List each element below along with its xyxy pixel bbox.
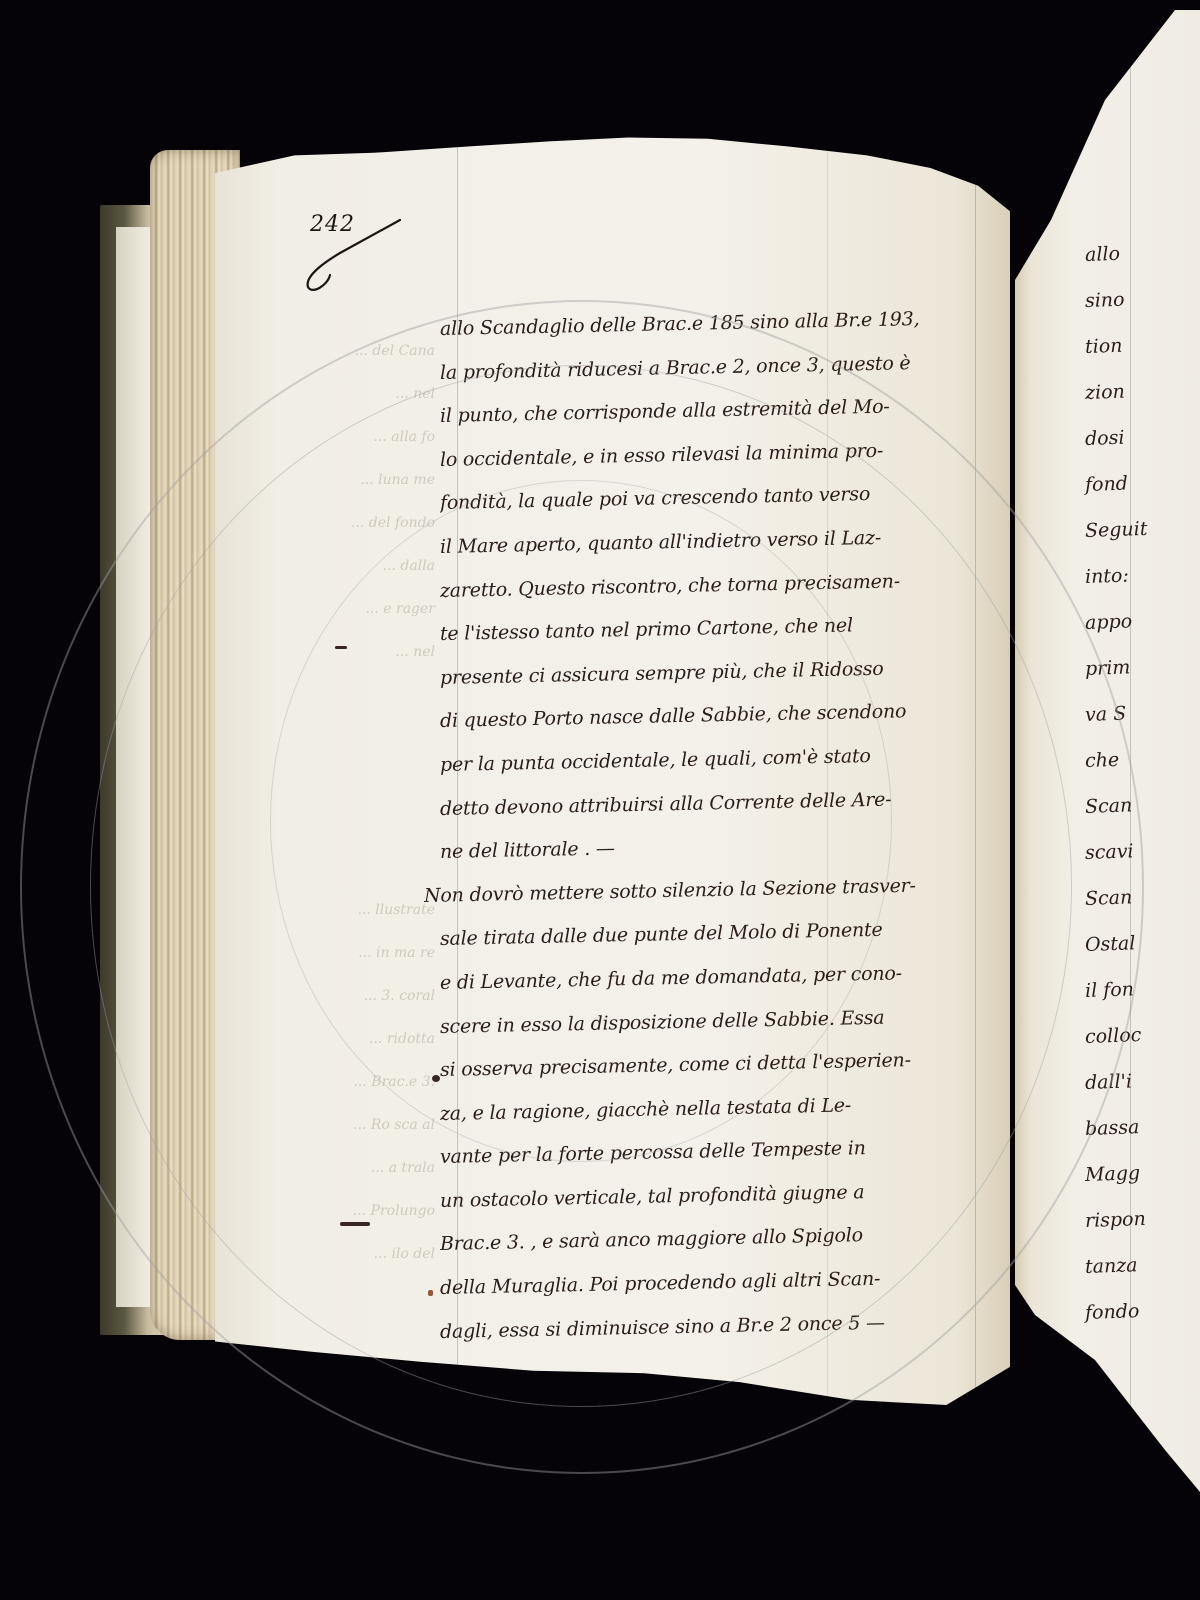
right-text-line: bassa [1084, 1102, 1200, 1152]
right-page-text: allo sino tion zion dosi fond Seguit int… [1085, 230, 1200, 1334]
bleed-line: ... llustrate [300, 889, 435, 932]
bleed-line [300, 803, 435, 846]
right-text-line: prim [1084, 642, 1200, 692]
bleed-line: ... nel [300, 631, 435, 674]
right-text-line: va S [1084, 688, 1200, 738]
bleed-line: ... Ro sca al [300, 1104, 435, 1147]
right-text-line: fond [1084, 458, 1200, 508]
ink-blot [432, 1075, 440, 1082]
right-text-line: il fon [1084, 964, 1200, 1014]
bleed-line: ... ridotta [300, 1018, 435, 1061]
bleed-line: ... Prolungo [300, 1190, 435, 1233]
right-text-line: tanza [1084, 1240, 1200, 1290]
bleed-line: ... del fondo [300, 502, 435, 545]
right-text-line: Seguit [1084, 504, 1200, 554]
right-text-line: dosi [1084, 412, 1200, 462]
right-text-line: into: [1084, 550, 1200, 600]
right-text-line: appo [1084, 596, 1200, 646]
right-text-line: scavi [1084, 826, 1200, 876]
bleed-through-text: ... del Cana ... nel ... alla fo ... lun… [300, 330, 435, 1276]
right-text-line: Magg [1084, 1148, 1200, 1198]
right-text-line: sino [1084, 274, 1200, 324]
right-text-line: Scan [1084, 780, 1200, 830]
bleed-line: ... Brac.e 3. [300, 1061, 435, 1104]
folio-flourish-icon [300, 215, 410, 295]
right-text-line: Scan [1084, 872, 1200, 922]
right-text-line: tion [1084, 320, 1200, 370]
right-text-line: colloc [1084, 1010, 1200, 1060]
right-text-line: che [1084, 734, 1200, 784]
handwritten-text-block: allo Scandaglio delle Brac.e 185 sino al… [440, 308, 985, 1354]
right-text-line: fondo [1084, 1286, 1200, 1336]
right-text-line: dall'i [1084, 1056, 1200, 1106]
manuscript-photo: ... del Cana ... nel ... alla fo ... lun… [0, 0, 1200, 1600]
ink-mark [340, 1222, 370, 1226]
right-text-line: rispon [1084, 1194, 1200, 1244]
bleed-line: ... ilo del [300, 1233, 435, 1276]
bleed-line [300, 846, 435, 889]
bleed-line [300, 717, 435, 760]
ink-mark [335, 646, 347, 649]
bleed-line [300, 674, 435, 717]
bleed-line: ... del Cana [300, 330, 435, 373]
right-text-line: zion [1084, 366, 1200, 416]
right-text-line: Ostal [1084, 918, 1200, 968]
bleed-line: ... luna me [300, 459, 435, 502]
bleed-line: ... in ma re [300, 932, 435, 975]
ink-speck [428, 1290, 433, 1296]
bleed-line: ... dalla [300, 545, 435, 588]
bleed-line: ... 3. coral [300, 975, 435, 1018]
right-text-line: allo [1084, 228, 1200, 278]
bleed-line [300, 760, 435, 803]
bleed-line: ... a trala [300, 1147, 435, 1190]
bleed-line: ... e rager [300, 588, 435, 631]
bleed-line: ... nel [300, 373, 435, 416]
bleed-line: ... alla fo [300, 416, 435, 459]
